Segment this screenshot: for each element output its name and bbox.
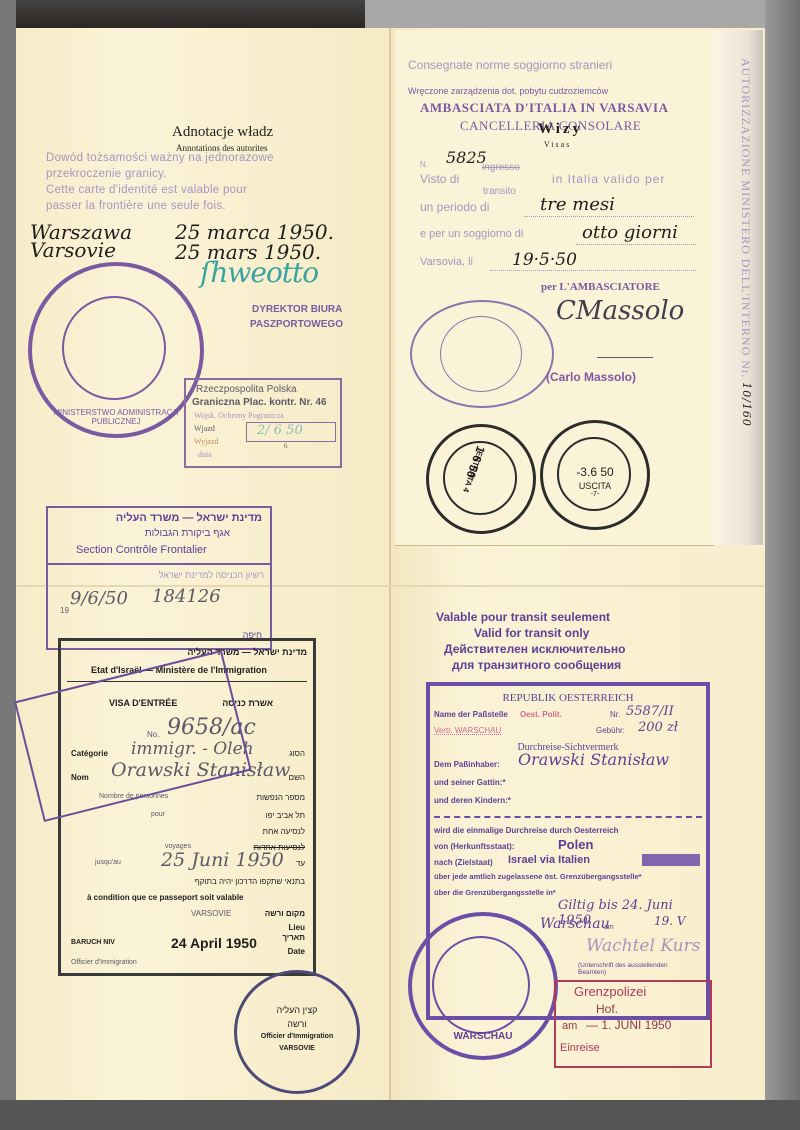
fee-value: 200 zł [638, 720, 678, 735]
israel-stamp-hebrew: אגף ביקורת הגבולות [145, 528, 230, 539]
transit-stamp-line: Действителен исключительно [444, 642, 625, 656]
header-stamp: Consegnate norme soggiorno stranieri [408, 58, 612, 72]
border-small-number: 6 [284, 442, 288, 450]
side-strip-label: AUTORIZZAZIONE MINISTERO DELL'INTERNO Nr… [739, 58, 753, 378]
fee-label: Gebühr: [596, 726, 625, 735]
place-value-french: VARSOVIE [191, 909, 231, 918]
redacted-text [642, 854, 700, 866]
border-stamp-line: Wojsk. Ochrony Pogranicza [194, 411, 284, 420]
dotted-line [490, 270, 696, 271]
file-label: N. [420, 160, 428, 169]
persons-hebrew: מספר הנפשות [256, 793, 305, 802]
venezia-number: -7- [543, 491, 647, 498]
director-title-line: PASZPORTOWEGO [250, 319, 343, 330]
ministry-seal: MINISTERSTWO ADMINISTRACJI PUBLICZNEJ [28, 262, 204, 438]
date-label: dnia [198, 450, 212, 459]
until-hebrew: עד [296, 859, 305, 868]
center-fold [389, 28, 391, 1100]
seal-city: VARSOVIE [237, 1045, 357, 1052]
police-title: Grenzpolizei [574, 984, 646, 999]
condition-hebrew: בתנאי שתקפו הדרכון יהיה בתוקף [195, 877, 305, 886]
border-handwritten-date: 2/ 6 50 [257, 423, 303, 438]
ambassador-signature: CMassolo [556, 296, 684, 326]
austrian-eagle-icon [432, 936, 530, 1034]
seal-hebrew: קצין העליה [237, 1005, 357, 1015]
police-date: — 1. JUNI 1950 [586, 1018, 671, 1032]
side-strip-number: 10/160 [740, 382, 753, 427]
dotted-line [576, 244, 696, 245]
place-label: Varsovia, li [420, 256, 473, 268]
israel-stamp-hebrew: רשיון הכניסה למדינת ישראל [159, 570, 264, 580]
issued-place: Warschau [540, 916, 610, 932]
seal-city: WARSCHAU [412, 1031, 554, 1042]
holder-value: Orawski Stanisław [518, 750, 669, 769]
validity-line: passer la frontière une seule fois. [46, 200, 226, 212]
issued-at-label: am [604, 924, 614, 931]
venezia-center: USCITA [543, 481, 647, 491]
entry-label: Wjazd [194, 424, 215, 433]
transit-text: wird die einmalige Durchreise durch Oest… [434, 826, 619, 835]
background-left [0, 0, 16, 1130]
israel-border-stamp: מדינת ישראל — משרד העליה אגף ביקורת הגבו… [46, 506, 272, 650]
signature-line [597, 357, 653, 358]
office-label: Name der Paßstelle [434, 710, 508, 719]
immigration-officer-seal: קצין העליה ורשה Officier d'Immigration V… [234, 970, 360, 1094]
israel-stamp-french: Section Contrôle Frontalier [76, 544, 207, 556]
place-date: 19·5·50 [512, 250, 577, 270]
file-number: 5825 [446, 148, 487, 167]
condition-french: à condition que ce passeport soit valabl… [87, 893, 243, 902]
header-stamp-pl: Wręczone zarządzenia dot. pobytu cudzozi… [408, 86, 608, 96]
austrian-mission-seal: WARSCHAU [408, 912, 558, 1060]
dotted-line [524, 216, 694, 217]
validity-line: Cette carte d'identité est valable pour [46, 184, 247, 196]
visa-issue-date: 24 April 1950 [171, 935, 257, 951]
visas-heading: Wizy [538, 121, 583, 138]
visas-subheading: Visas [544, 140, 571, 149]
signature-label: (Unterschrift des ausstellenden Beamten) [578, 962, 688, 976]
border-police-stamp: Grenzpolizei Hof. am — 1. JUNI 1950 Einr… [554, 980, 712, 1068]
period-value: tre mesi [540, 194, 615, 215]
origin-label: von (Herkunftsstaat): [434, 842, 514, 851]
place-hebrew: תל אביב יפו [266, 811, 305, 820]
issue-place-fr: Varsovie [30, 238, 116, 262]
stay-label: e per un soggiorno di [420, 228, 523, 240]
date-label: Date [288, 947, 305, 956]
visa-line-suffix: in Italia valido per [552, 172, 665, 186]
director-signature: ſhweotto [200, 256, 318, 289]
official-signature: Wachtel Kurs [586, 936, 700, 956]
single-trip-hebrew: לנסיעה אחת [263, 827, 305, 836]
background-top-right [365, 0, 765, 30]
police-place: Hof. [596, 1002, 618, 1016]
transit-stamp-line: Valable pour transit seulement [436, 610, 610, 624]
director-title-line: DYREKTOR BIURA [252, 304, 342, 315]
transit-stamp-line: Valid for transit only [474, 626, 589, 640]
crossing-text: über jede amtlich zugelassene öst. Grenz… [434, 872, 642, 881]
holder-label: Dem Paßinhaber: [434, 760, 500, 769]
exit-label: Wyjazd [194, 437, 218, 446]
israel-stamp-hebrew: מדינת ישראל — משרד העליה [116, 512, 262, 524]
nr-label: Nr. [610, 710, 620, 719]
venezia-date: -3.6 50 [543, 465, 647, 479]
stamp-divider [48, 563, 270, 565]
issued-date: 19. V [654, 914, 686, 928]
validity-line: przekroczenie granicy. [46, 168, 167, 180]
period-label: un periodo di [420, 200, 489, 214]
children-label: und deren Kindern:* [434, 796, 511, 805]
seal-officer: Officier d'Immigration [237, 1033, 357, 1040]
italian-emblem-icon [440, 316, 522, 392]
israel-handwritten-date: 9/6/50 [70, 588, 128, 609]
police-date-label: am [562, 1020, 577, 1032]
nr-value: 5587/II [626, 704, 674, 719]
background-bottom [0, 1100, 800, 1130]
seal-hebrew: ורשה [237, 1019, 357, 1029]
until-label: jusqu'au [95, 859, 121, 866]
officer-title: Officier d'Immigration [71, 959, 137, 966]
stay-value: otto giorni [582, 222, 678, 243]
pour-label: pour [151, 811, 165, 818]
category-hebrew: הסוג [289, 749, 305, 758]
police-type: Einreise [560, 1042, 600, 1054]
italian-embassy-seal [410, 300, 554, 408]
origin-value: Polen [558, 837, 593, 852]
year-prefix: 19 [60, 606, 69, 615]
signatory-name: (Carlo Massolo) [546, 370, 636, 384]
lieu-label: Lieu [289, 923, 305, 932]
eagle-emblem-icon [62, 296, 166, 400]
venezia-exit-stamp: -3.6 50 USCITA -7- [540, 420, 650, 530]
page-heading: Adnotacje władz [172, 124, 273, 141]
valid-until: 25 Juni 1950 [161, 849, 284, 871]
date-box: 2/ 6 50 [246, 422, 336, 442]
date-hebrew: תאריך [282, 933, 305, 942]
crossing-text: über die Grenzübergangsstelle in* [434, 888, 556, 897]
transit-stamp-line: для транзитного сообщения [452, 658, 621, 672]
visa-line-prefix: Visto di [420, 172, 459, 186]
destination-label: nach (Zielstaat) [434, 858, 493, 867]
border-stamp-line: Graniczna Plac. kontr. Nr. 46 [192, 397, 327, 408]
validity-line: Dowód tożsamości ważny na jednorazowe [46, 152, 274, 164]
officer-name: BARUCH NIV [71, 939, 115, 946]
ministry-seal-text: MINISTERSTWO ADMINISTRACJI PUBLICZNEJ [32, 408, 200, 426]
destination-value: Israel via Italien [508, 854, 590, 866]
side-strip-text: AUTORIZZAZIONE MINISTERO DELL'INTERNO Nr… [738, 58, 753, 427]
background-right [765, 0, 800, 1130]
name-hebrew: השם [289, 773, 305, 782]
office-value: Oest. Polit. [520, 710, 562, 719]
embassy-name: AMBASCIATA D'ITALIA IN VARSAVIA [420, 100, 668, 116]
visa-type-struck: ingresso [482, 162, 520, 173]
per-ambassador: per L'AMBASCIATORE [541, 281, 660, 293]
polish-border-stamp: Rzeczpospolita Polska Graniczna Plac. ko… [184, 378, 342, 468]
tarvisio-entry-stamp: ENTRATA 4 1 6 50 [426, 424, 536, 534]
austria-title: REPUBLIK OESTERREICH [430, 692, 706, 704]
place-value-hebrew: מקום ורשה [265, 909, 305, 918]
israel-handwritten-number: 184126 [152, 586, 221, 607]
border-stamp-line: Rzeczpospolita Polska [196, 384, 297, 395]
visa-type: transito [483, 186, 516, 197]
office-value: Vertr. WARSCHAU [434, 726, 501, 735]
stamp-divider [434, 816, 702, 818]
background-top [0, 0, 365, 30]
spouse-label: und seiner Gattin:* [434, 778, 506, 787]
